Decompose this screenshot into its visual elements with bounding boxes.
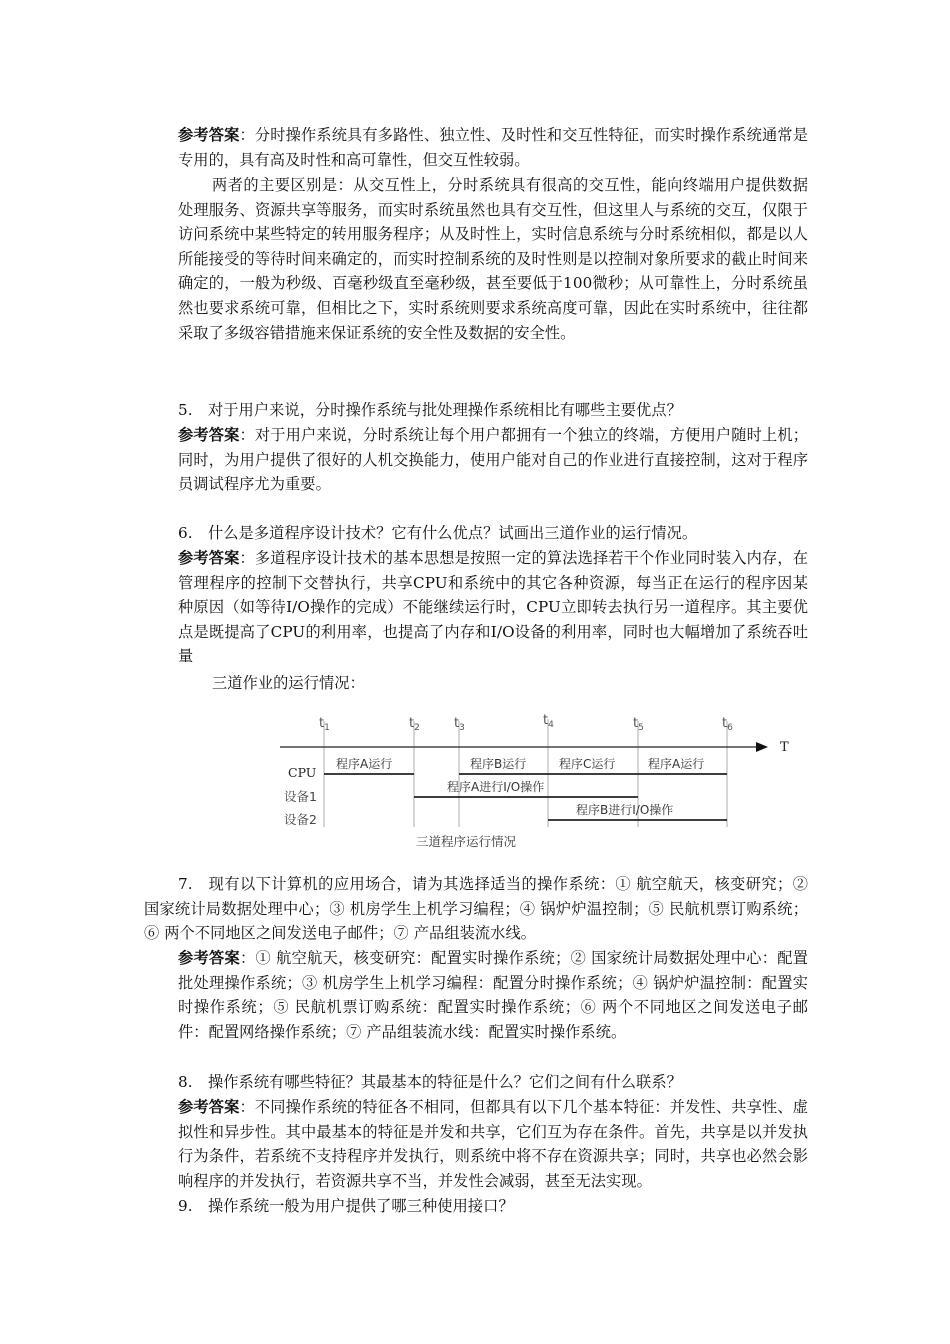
answer-label: 参考答案 <box>178 949 240 967</box>
axis-arrow-icon <box>756 742 768 752</box>
answer-text: ：不同操作系统的特征各不相同，但都具有以下几个基本特征：并发性、共享性、虚拟性和… <box>178 1098 808 1190</box>
q7-answer-paragraph: 参考答案：① 航空航天，核变研究：配置实时操作系统；② 国家统计局数据处理中心：… <box>178 946 808 1044</box>
segment-label: 程序A运行 <box>336 756 392 771</box>
q7-question: 7. 现有以下计算机的应用场合，请为其选择适当的操作系统：① 航空航天，核变研究… <box>144 872 808 946</box>
q4-comparison-paragraph: 两者的主要区别是：从交互性上，分时系统具有很高的交互性，能向终端用户提供数据处理… <box>178 173 808 345</box>
q9-question: 9. 操作系统一般为用户提供了哪三种使用接口？ <box>178 1194 808 1219</box>
diagram-caption: 三道程序运行情况 <box>416 834 517 849</box>
multiprogramming-timeline-diagram: t1 t2 t3 t4 t5 t6 T CPU 设备1 设备2 <box>270 705 810 855</box>
answer-text: ：对于用户来说，分时系统让每个用户都拥有一个独立的终端，方便用户随时上机；同时，… <box>178 426 808 493</box>
row-label-device2: 设备2 <box>284 812 317 827</box>
answer-label: 参考答案 <box>178 426 239 444</box>
answer-label: 参考答案 <box>178 1098 239 1116</box>
segment-label: 程序B进行I/O操作 <box>576 802 673 817</box>
segment-label: 程序A运行 <box>648 756 704 771</box>
q5-question: 5. 对于用户来说，分时操作系统与批处理操作系统相比有哪些主要优点？ <box>178 398 808 423</box>
tick-label-t6: t6 <box>722 716 733 733</box>
tick-label-t1: t1 <box>319 716 330 733</box>
document-page: 参考答案：分时操作系统具有多路性、独立性、及时性和交互性特征，而实时操作系统通常… <box>0 0 950 1344</box>
row-label-cpu: CPU <box>288 765 316 780</box>
segment-label: 程序A进行I/O操作 <box>447 779 544 794</box>
row-label-device1: 设备1 <box>284 789 317 804</box>
answer-label: 参考答案 <box>178 126 239 144</box>
diagram-intro: 三道作业的运行情况： <box>178 671 808 696</box>
answer-text: ：① 航空航天，核变研究：配置实时操作系统；② 国家统计局数据处理中心：配置批处… <box>178 949 808 1041</box>
q8-answer-paragraph: 参考答案：不同操作系统的特征各不相同，但都具有以下几个基本特征：并发性、共享性、… <box>178 1095 808 1193</box>
segment-label: 程序B运行 <box>470 756 526 771</box>
answer-text: ：多道程序设计技术的基本思想是按照一定的算法选择若干个作业同时装入内存，在管理程… <box>178 549 808 665</box>
answer-text: ：分时操作系统具有多路性、独立性、及时性和交互性特征，而实时操作系统通常是专用的… <box>178 126 808 169</box>
q6-question: 6. 什么是多道程序设计技术？它有什么优点？试画出三道作业的运行情况。 <box>178 521 808 546</box>
q6-answer-paragraph: 参考答案：多道程序设计技术的基本思想是按照一定的算法选择若干个作业同时装入内存，… <box>178 546 808 669</box>
tick-label-t3: t3 <box>454 716 465 733</box>
q5-answer-paragraph: 参考答案：对于用户来说，分时系统让每个用户都拥有一个独立的终端，方便用户随时上机… <box>178 423 808 497</box>
tick-label-t2: t2 <box>409 716 420 733</box>
axis-label-T: T <box>780 740 789 755</box>
q4-answer-paragraph: 参考答案：分时操作系统具有多路性、独立性、及时性和交互性特征，而实时操作系统通常… <box>178 123 808 172</box>
segment-label: 程序C运行 <box>559 756 615 771</box>
q8-question: 8. 操作系统有哪些特征？其最基本的特征是什么？它们之间有什么联系？ <box>178 1070 808 1095</box>
tick-label-t4: t4 <box>543 713 554 730</box>
tick-labels: t1 t2 t3 t4 t5 t6 <box>319 713 733 733</box>
answer-label: 参考答案 <box>178 549 239 567</box>
tick-label-t5: t5 <box>633 716 644 733</box>
